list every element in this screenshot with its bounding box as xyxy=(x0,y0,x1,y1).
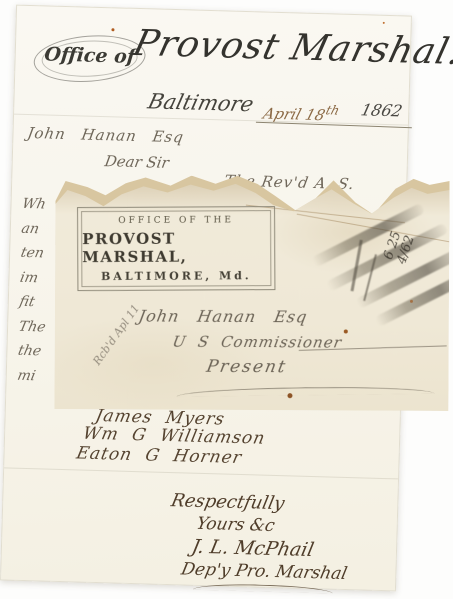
fold-crease xyxy=(14,114,408,126)
foxing-spot xyxy=(410,300,413,303)
signature: J. L. McPhail xyxy=(190,536,316,561)
address-line1: John Hanan Esq xyxy=(137,306,309,326)
margin-fragment: fit xyxy=(16,294,48,319)
margin-fragment: im xyxy=(17,269,49,294)
paper-speck xyxy=(383,22,385,24)
corner-card-box: OFFICE OF THE PROVOST MARSHAL, BALTIMORE… xyxy=(81,210,271,287)
witness-name: Eaton G Horner xyxy=(75,444,244,469)
address-line3: Present xyxy=(205,357,289,377)
envelope-face: OFFICE OF THE PROVOST MARSHAL, BALTIMORE… xyxy=(54,180,449,411)
envelope: OFFICE OF THE PROVOST MARSHAL, BALTIMORE… xyxy=(54,175,449,411)
fold-crease xyxy=(4,467,398,479)
corner-card-line1: OFFICE OF THE xyxy=(118,215,234,226)
margin-fragment: Wh xyxy=(19,196,51,221)
corner-card-line2: PROVOST MARSHAL, xyxy=(82,229,270,266)
handwritten-date: April 18th xyxy=(261,101,341,125)
margin-fragment: The xyxy=(16,318,48,343)
salutation-line: Dear Sir xyxy=(103,152,170,172)
margin-fragment: the xyxy=(15,343,47,368)
paper-speck xyxy=(111,28,114,31)
address-flourish xyxy=(176,386,434,397)
dateline-year: 1862 xyxy=(359,100,404,120)
margin-fragment: ten xyxy=(18,245,50,270)
margin-fragment: mi xyxy=(14,367,46,392)
docket-note: Rcb'd Apl 11 xyxy=(90,302,142,367)
date-suffix: th xyxy=(324,102,341,117)
foxing-spot xyxy=(287,393,292,398)
margin-fragment: an xyxy=(18,220,50,245)
dateline-city: Baltimore xyxy=(146,89,257,116)
signature-flourish xyxy=(193,583,333,594)
date-day-month: April 18 xyxy=(261,105,327,125)
closing-respectfully: Respectfully xyxy=(169,490,286,514)
recipient-line: John Hanan Esq xyxy=(26,124,185,146)
foxing-spot xyxy=(344,329,348,333)
signature-title: Dep'y Pro. Marshal xyxy=(179,559,349,584)
corner-card-line3: BALTIMORE, Md. xyxy=(101,269,252,283)
margin-text-column: Wh an ten im fit The the mi xyxy=(16,196,48,393)
photo-of-documents: Office of Provost Marshal. Baltimore Apr… xyxy=(0,0,453,599)
closing-yours: Yours &c xyxy=(195,514,277,536)
corner-card: OFFICE OF THE PROVOST MARSHAL, BALTIMORE… xyxy=(77,206,275,291)
letterhead-title: Provost Marshal. xyxy=(129,23,453,73)
